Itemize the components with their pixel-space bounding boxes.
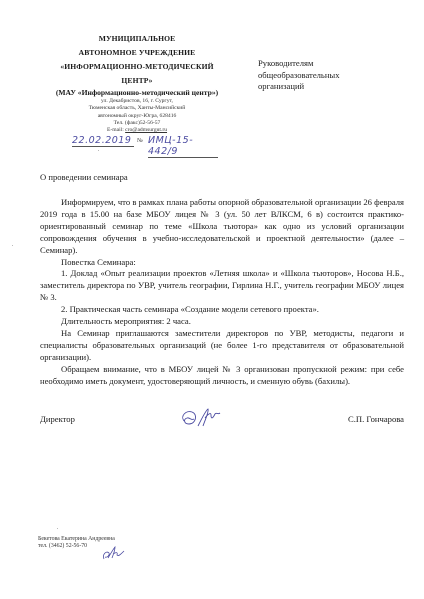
email-label: E-mail: [107, 127, 124, 133]
recipient-line: Руководителям [258, 58, 340, 70]
initials-mark-icon [100, 545, 126, 561]
recipient-line: организаций [258, 81, 340, 93]
scan-speck [12, 245, 13, 246]
org-name-line: АВТОНОМНОЕ УЧРЕЖДЕНИЕ [42, 46, 232, 60]
letter-body: Информируем, что в рамках плана работы о… [40, 197, 404, 388]
letter-page: МУНИЦИПАЛЬНОЕ АВТОНОМНОЕ УЧРЕЖДЕНИЕ «ИНФ… [0, 0, 424, 599]
email-link[interactable]: cro@admsurgut.ru [125, 127, 167, 133]
body-paragraph: Информируем, что в рамках плана работы о… [40, 197, 404, 257]
registration-line: 22.02.2019 № ИМЦ-15-442/9 [72, 135, 242, 149]
signature-row: Директор С.П. Гончарова [40, 406, 404, 430]
signer-name: С.П. Гончарова [348, 414, 404, 424]
address-line: автономный округ-Югра, 628416 [42, 113, 232, 120]
registration-date: 22.02.2019 [72, 135, 134, 147]
address-line: Тюменская область, Ханты-Мансийский [42, 105, 232, 112]
letterhead: МУНИЦИПАЛЬНОЕ АВТОНОМНОЕ УЧРЕЖДЕНИЕ «ИНФ… [42, 32, 232, 134]
body-paragraph: На Семинар приглашаются заместители дире… [40, 328, 404, 364]
registration-number: ИМЦ-15-442/9 [148, 135, 218, 158]
scan-speck [57, 528, 58, 529]
number-label: № [137, 138, 143, 144]
signer-title: Директор [40, 414, 75, 424]
org-name-line: МУНИЦИПАЛЬНОЕ [42, 32, 232, 46]
agenda-heading: Повестка Семинара: [40, 257, 404, 269]
email-line: E-mail: cro@admsurgut.ru [42, 127, 232, 134]
org-name-line: ЦЕНТР» [42, 74, 232, 88]
body-paragraph: Обращаем внимание, что в МБОУ лицей № 3 … [40, 364, 404, 388]
agenda-item: 1. Доклад «Опыт реализации проектов «Лет… [40, 268, 404, 304]
recipient-block: Руководителям общеобразовательных органи… [258, 58, 340, 93]
org-name-line: «ИНФОРМАЦИОННО-МЕТОДИЧЕСКИЙ [42, 60, 232, 74]
phone-line: Тел. (факс)52-56-57 [42, 120, 232, 127]
org-address: ул. Декабристов, 16, г. Сургут, Тюменска… [42, 98, 232, 134]
recipient-line: общеобразовательных [258, 70, 340, 82]
org-short-name: (МАУ «Информационно-методический центр») [42, 88, 232, 98]
handwritten-signature-icon [178, 406, 238, 430]
letter-subject: О проведении семинара [40, 172, 128, 182]
duration-line: Длительность мероприятия: 2 часа. [40, 316, 404, 328]
scan-speck [98, 150, 99, 151]
agenda-item: 2. Практическая часть семинара «Создание… [40, 304, 404, 316]
